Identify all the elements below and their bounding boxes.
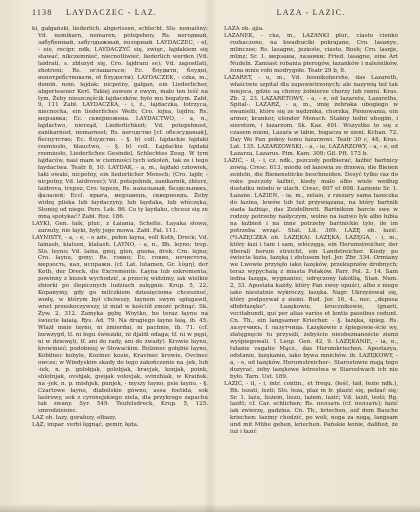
right-column: LAZA - LAZIC. LAZA ob. ajia. LAZANEK, - … xyxy=(224,10,398,436)
page-number: 1138 xyxy=(32,10,53,17)
dictionary-entry: LAZIĆ, - ił, - i, intr. contin., et freq… xyxy=(224,381,398,437)
right-running-head: LAZA - LAZIC. xyxy=(224,10,398,20)
dictionary-entry: LĄZ, impar. verbi łęgnąć, gemir, łęda. xyxy=(32,422,208,429)
page-edge-shadow xyxy=(0,504,420,512)
left-running-title: LAYDACZEC - LAZ. xyxy=(66,10,157,17)
left-running-head: 1138 LAYDACZEC - LAZ. xyxy=(32,10,208,20)
dictionary-entry: LAYNISTY, - a, - e, - o adv., pełen łayn… xyxy=(32,235,208,416)
dictionary-entry: LAZIĆ, - ił, - i, cz. ndk., pszczoły pod… xyxy=(224,158,398,381)
left-column: 1138 LAYDACZEC - LAZ. ki, gałgański, lie… xyxy=(32,10,208,429)
dictionary-entry: LAYKI, Gen. łaik, plur., z Łaiania, Sche… xyxy=(32,221,208,235)
dictionary-entry: LAZANEK, - cka, m., LAZANKI plur., ciast… xyxy=(224,33,398,75)
book-page: 1138 LAYDACZEC - LAZ. ki, gałgański, lie… xyxy=(0,0,420,512)
dictionary-entry: ki, gałgański, liederlich, abgerissen, s… xyxy=(32,26,208,221)
dictionary-entry: LAZA ob. ajia. xyxy=(224,26,398,33)
dictionary-entry: LAZARET, - u, m., Vd. bosnikohershe, das… xyxy=(224,75,398,158)
right-running-title: LAZA - LAZIC. xyxy=(224,10,398,17)
